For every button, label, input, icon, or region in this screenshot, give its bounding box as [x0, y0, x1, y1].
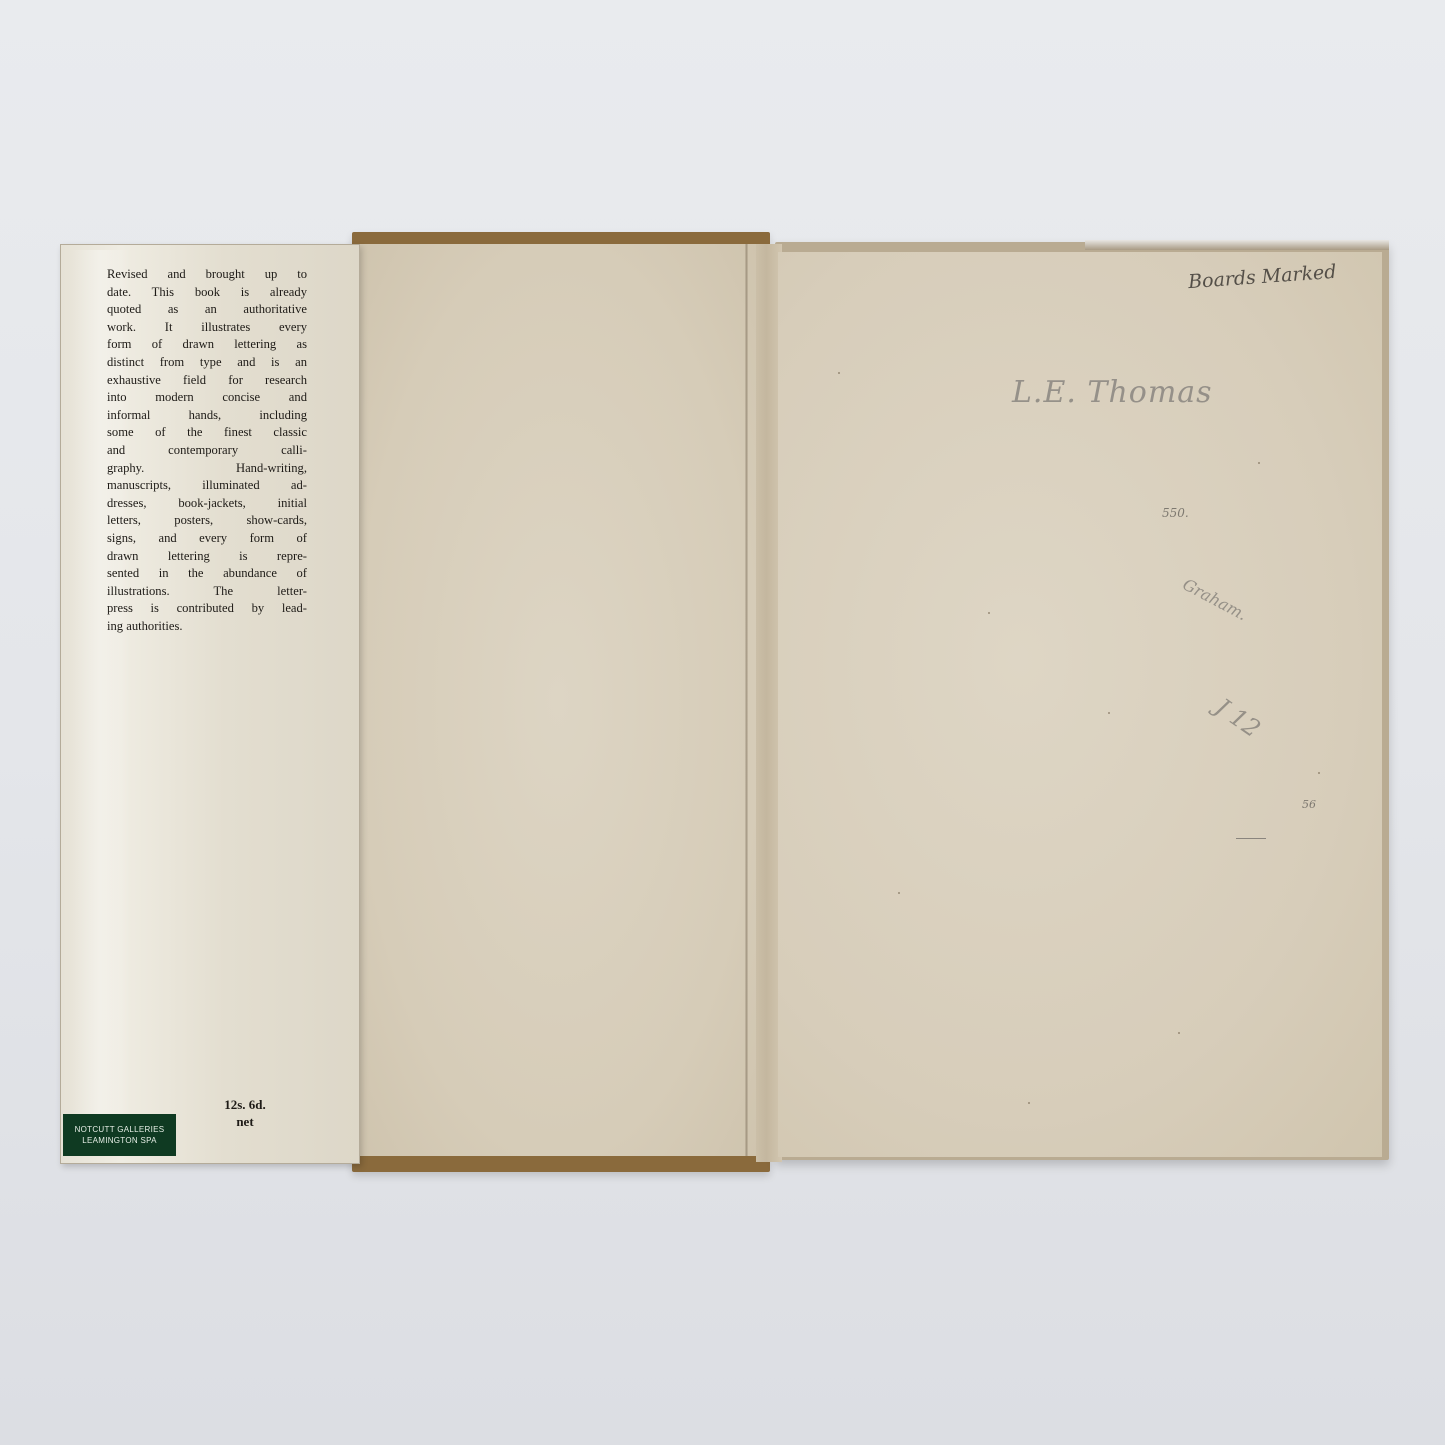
blurb-line: informal hands, including [107, 407, 307, 425]
price-amount: 12s. 6d. [200, 1096, 290, 1113]
board-top-edge [1085, 240, 1389, 250]
blurb-line: work. It illustrates every [107, 319, 307, 337]
blurb-line: letters, posters, show-cards, [107, 512, 307, 530]
blurb-line: exhaustive field for research [107, 372, 307, 390]
handwritten-small-note: 56 [1302, 798, 1316, 811]
blurb-line: quoted as an authoritative [107, 301, 307, 319]
blurb-line: manuscripts, illuminated ad- [107, 477, 307, 495]
bookseller-location: LEAMINGTON SPA [82, 1135, 157, 1146]
blurb-line: Revised and brought up to [107, 266, 307, 284]
endpaper-crease [745, 244, 748, 1156]
flap-blurb: Revised and brought up to date. This boo… [107, 266, 307, 635]
blurb-line: into modern concise and [107, 389, 307, 407]
blurb-line: and contemporary calli- [107, 442, 307, 460]
left-endpaper [358, 244, 758, 1156]
pencil-dash [1236, 838, 1266, 839]
blurb-line: press is contributed by lead- [107, 600, 307, 618]
blurb-line: date. This book is already [107, 284, 307, 302]
handwritten-owner-signature: L.E. Thomas [1012, 375, 1213, 410]
blurb-line: illustrations. The letter- [107, 583, 307, 601]
price-net: net [200, 1113, 290, 1130]
blurb-line: form of drawn lettering as [107, 336, 307, 354]
blurb-line: ing authorities. [107, 618, 307, 636]
price: 12s. 6d. net [200, 1096, 290, 1130]
blurb-line: some of the finest classic [107, 424, 307, 442]
bookseller-name: NOTCUTT GALLERIES [75, 1124, 165, 1135]
blurb-line: drawn lettering is repre- [107, 548, 307, 566]
blurb-line: distinct from type and is an [107, 354, 307, 372]
handwritten-number: 550. [1162, 506, 1189, 520]
blurb-line: dresses, book-jackets, initial [107, 495, 307, 513]
bookseller-label: NOTCUTT GALLERIES LEAMINGTON SPA [63, 1114, 176, 1156]
blurb-line: sented in the abundance of [107, 565, 307, 583]
blurb-line: graphy. Hand-writing, [107, 460, 307, 478]
blurb-line: signs, and every form of [107, 530, 307, 548]
